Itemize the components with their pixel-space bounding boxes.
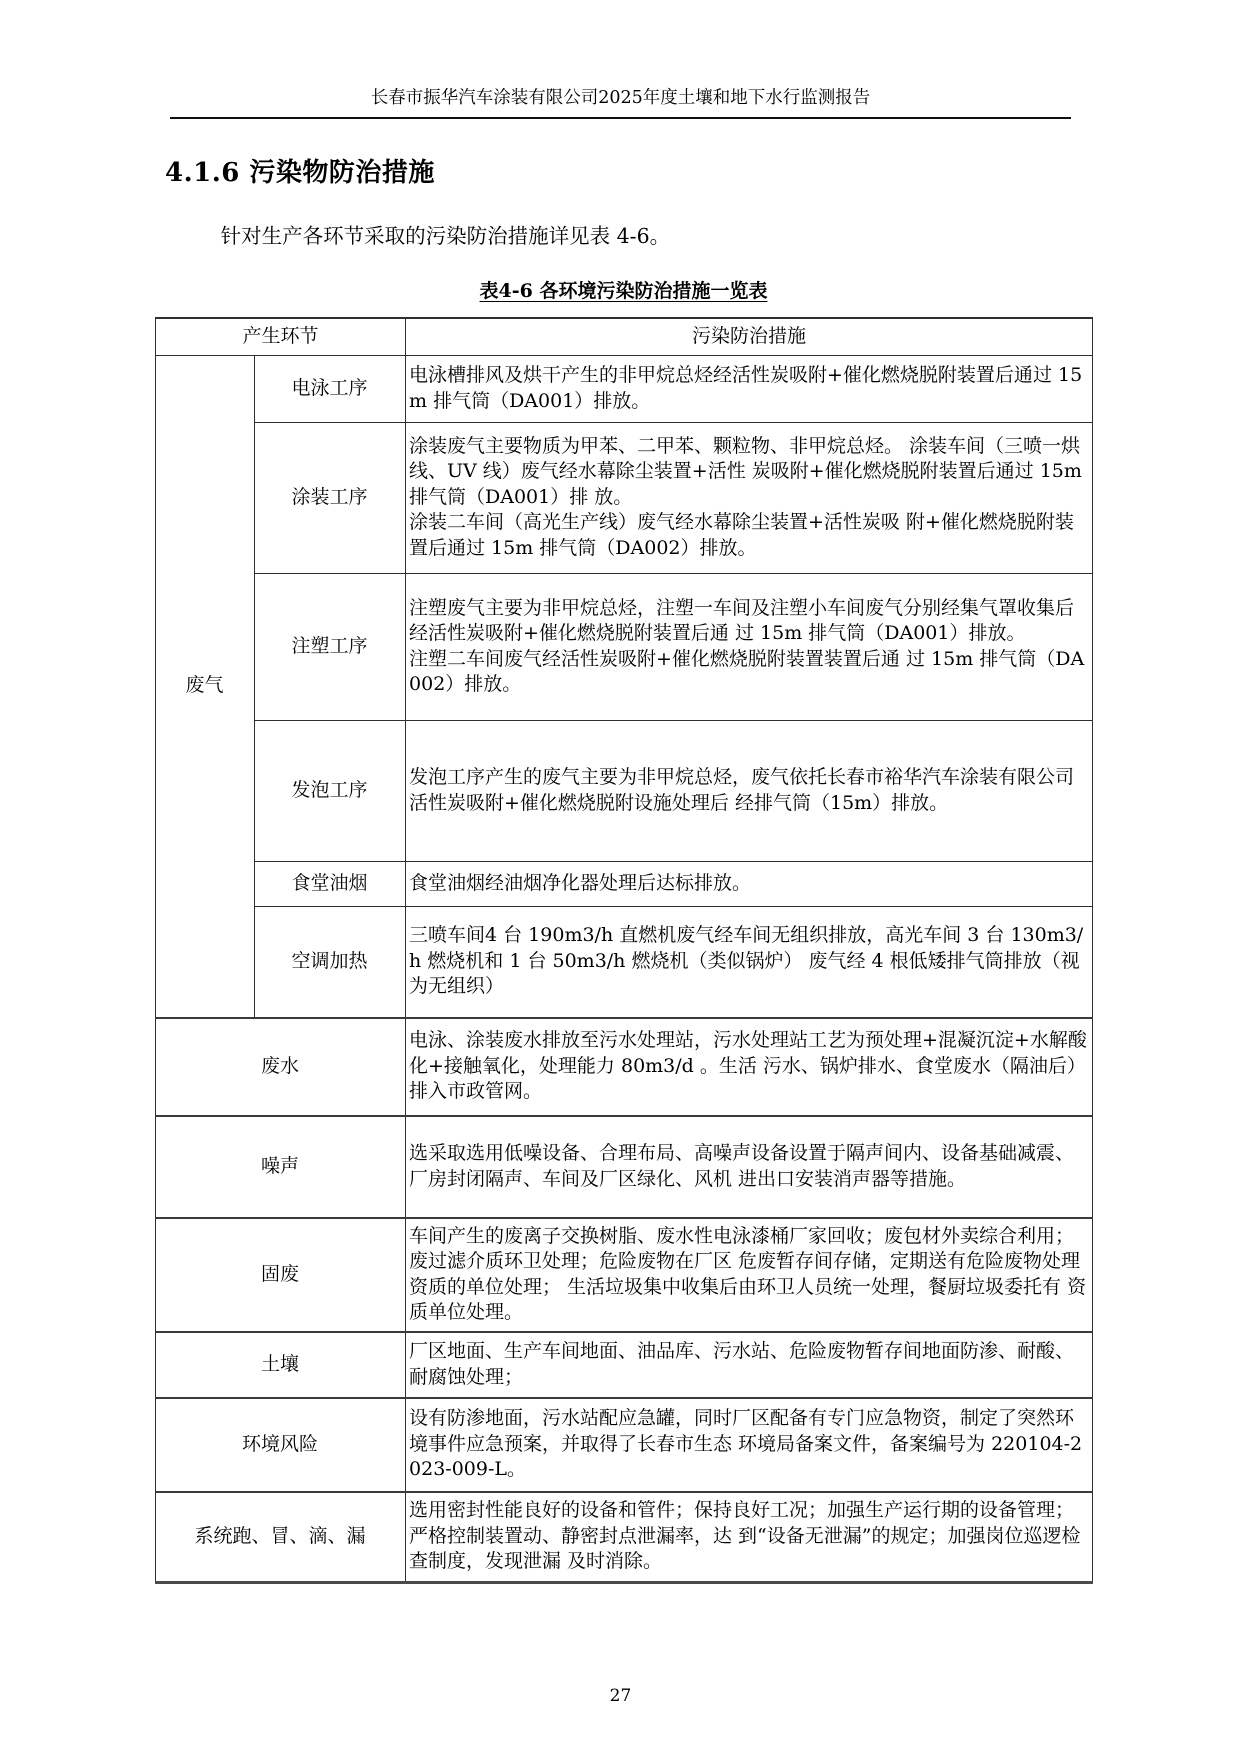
row-label-wastewater: 废水 bbox=[156, 1018, 406, 1116]
process-label-foaming: 发泡工序 bbox=[255, 720, 406, 861]
measures-injection-molding: 注塑废气主要为非甲烷总烃，注塑一车间及注塑小车间废气分别经集气罩收集后经活性炭吸… bbox=[406, 573, 1093, 720]
row-label-solid-waste: 固废 bbox=[156, 1218, 406, 1332]
process-label-coating: 涂装工序 bbox=[255, 422, 406, 573]
measures-solid-waste: 车间产生的废离子交换树脂、废水性电泳漆桶厂家回收；废包材外卖综合利用；废过滤介质… bbox=[406, 1218, 1093, 1332]
measures-ac-heating: 三喷车间4 台 190m3/h 直燃机废气经车间无组织排放，高光车间 3 台 1… bbox=[406, 906, 1093, 1018]
table-row-electrophoresis: 废气 电泳工序 电泳槽排风及烘干产生的非甲烷总烃经活性炭吸附+催化燃烧脱附装置后… bbox=[156, 355, 1093, 422]
process-label-canteen-fume: 食堂油烟 bbox=[255, 861, 406, 906]
measures-electrophoresis: 电泳槽排风及烘干产生的非甲烷总烃经活性炭吸附+催化燃烧脱附装置后通过 15m 排… bbox=[406, 355, 1093, 422]
measures-soil: 厂区地面、生产车间地面、油品库、污水站、危险废物暂存间地面防渗、耐酸、耐腐蚀处理… bbox=[406, 1332, 1093, 1398]
page-number: 27 bbox=[0, 1686, 1241, 1706]
table-header-row: 产生环节 污染防治措施 bbox=[156, 318, 1093, 356]
column-header-measures: 污染防治措施 bbox=[406, 318, 1093, 356]
rowgroup-label-waste-gas: 废气 bbox=[156, 355, 255, 1018]
table-row-noise: 噪声 选采取选用低噪设备、合理布局、高噪声设备设置于隔声间内、设备基础减震、厂房… bbox=[156, 1116, 1093, 1218]
document-page: 长春市振华汽车涂装有限公司2025年度土壤和地下水行监测报告 4.1.6 污染物… bbox=[0, 0, 1241, 1755]
measures-coating: 涂装废气主要物质为甲苯、二甲苯、颗粒物、非甲烷总烃。 涂装车间（三喷一烘线、UV… bbox=[406, 422, 1093, 573]
measures-foaming: 发泡工序产生的废气主要为非甲烷总烃，废气依托长春市裕华汽车涂装有限公司活性炭吸附… bbox=[406, 720, 1093, 861]
table-row-coating: 涂装工序 涂装废气主要物质为甲苯、二甲苯、颗粒物、非甲烷总烃。 涂装车间（三喷一… bbox=[156, 422, 1093, 573]
measures-environmental-risk: 设有防渗地面，污水站配应急罐，同时厂区配备有专门应急物资，制定了突然环境事件应急… bbox=[406, 1398, 1093, 1492]
section-heading: 4.1.6 污染物防治措施 bbox=[165, 152, 1092, 189]
page-content: 4.1.6 污染物防治措施 针对生产各环节采取的污染防治措施详见表 4-6。 表… bbox=[155, 152, 1092, 1584]
table-caption: 表4-6 各环境污染防治措施一览表 bbox=[155, 276, 1092, 303]
table-row-environmental-risk: 环境风险 设有防渗地面，污水站配应急罐，同时厂区配备有专门应急物资，制定了突然环… bbox=[156, 1398, 1093, 1492]
table-row-ac-heating: 空调加热 三喷车间4 台 190m3/h 直燃机废气经车间无组织排放，高光车间 … bbox=[156, 906, 1093, 1018]
process-label-injection-molding: 注塑工序 bbox=[255, 573, 406, 720]
row-label-noise: 噪声 bbox=[156, 1116, 406, 1218]
table-row-solid-waste: 固废 车间产生的废离子交换树脂、废水性电泳漆桶厂家回收；废包材外卖综合利用；废过… bbox=[156, 1218, 1093, 1332]
table-row-injection-molding: 注塑工序 注塑废气主要为非甲烷总烃，注塑一车间及注塑小车间废气分别经集气罩收集后… bbox=[156, 573, 1093, 720]
column-header-source: 产生环节 bbox=[156, 318, 406, 356]
table-caption-text: 表4-6 各环境污染防治措施一览表 bbox=[480, 280, 768, 302]
measures-canteen-fume: 食堂油烟经油烟净化器处理后达标排放。 bbox=[406, 861, 1093, 906]
row-label-environmental-risk: 环境风险 bbox=[156, 1398, 406, 1492]
pollution-measures-table: 产生环节 污染防治措施 废气 电泳工序 电泳槽排风及烘干产生的非甲烷总烃经活性炭… bbox=[155, 317, 1093, 1584]
intro-paragraph: 针对生产各环节采取的污染防治措施详见表 4-6。 bbox=[155, 223, 1092, 251]
process-label-ac-heating: 空调加热 bbox=[255, 906, 406, 1018]
page-header-title: 长春市振华汽车涂装有限公司2025年度土壤和地下水行监测报告 bbox=[170, 84, 1071, 119]
measures-noise: 选采取选用低噪设备、合理布局、高噪声设备设置于隔声间内、设备基础减震、厂房封闭隔… bbox=[406, 1116, 1093, 1218]
measures-system-leakage: 选用密封性能良好的设备和管件；保持良好工况；加强生产运行期的设备管理；严格控制装… bbox=[406, 1492, 1093, 1583]
table-row-wastewater: 废水 电泳、涂装废水排放至污水处理站，污水处理站工艺为预处理+混凝沉淀+水解酸化… bbox=[156, 1018, 1093, 1116]
process-label-electrophoresis: 电泳工序 bbox=[255, 355, 406, 422]
row-label-soil: 土壤 bbox=[156, 1332, 406, 1398]
table-row-canteen-fume: 食堂油烟 食堂油烟经油烟净化器处理后达标排放。 bbox=[156, 861, 1093, 906]
measures-wastewater: 电泳、涂装废水排放至污水处理站，污水处理站工艺为预处理+混凝沉淀+水解酸化+接触… bbox=[406, 1018, 1093, 1116]
table-row-soil: 土壤 厂区地面、生产车间地面、油品库、污水站、危险废物暂存间地面防渗、耐酸、耐腐… bbox=[156, 1332, 1093, 1398]
table-row-system-leakage: 系统跑、冒、滴、漏 选用密封性能良好的设备和管件；保持良好工况；加强生产运行期的… bbox=[156, 1492, 1093, 1583]
table-row-foaming: 发泡工序 发泡工序产生的废气主要为非甲烷总烃，废气依托长春市裕华汽车涂装有限公司… bbox=[156, 720, 1093, 861]
row-label-system-leakage: 系统跑、冒、滴、漏 bbox=[156, 1492, 406, 1583]
